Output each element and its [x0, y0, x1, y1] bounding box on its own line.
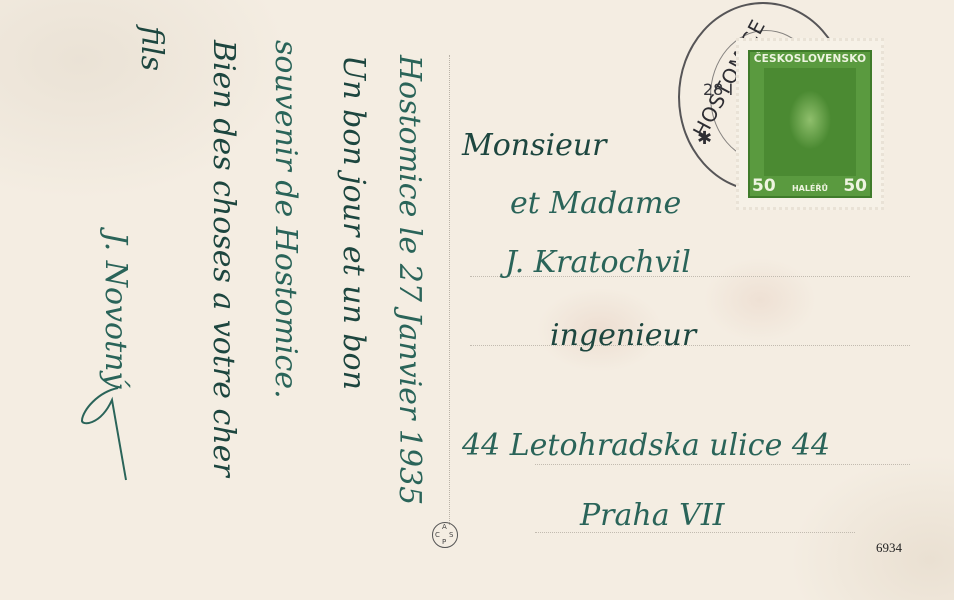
address-line-6: Praha VII — [580, 498, 725, 533]
address-rule-3 — [535, 464, 910, 465]
stamp-portrait-icon — [764, 68, 856, 176]
stamp-design: ČESKOSLOVENSKO 50 HALÉŘŮ 50 — [748, 50, 872, 198]
postcard: Hostomice le 27 Janvier 1935 Un bon jour… — [0, 0, 954, 600]
message-line-4: Bien des choses a votre cher — [208, 40, 238, 477]
postmark-date: 28 I — [703, 80, 733, 99]
address-line-1: Monsieur — [462, 128, 607, 163]
message-line-2: Un bon jour et un bon — [338, 55, 368, 390]
address-line-5: 44 Letohradska ulice 44 — [462, 428, 830, 463]
address-line-3: J. Kratochvil — [505, 245, 691, 280]
postmark-star-icon: ✱ — [697, 128, 712, 149]
center-divider — [449, 55, 450, 525]
message-line-5: fils — [136, 26, 166, 71]
message-line-1: Hostomice le 27 Janvier 1935 — [394, 55, 424, 505]
publisher-logo: A C S P — [432, 522, 458, 548]
message-line-3: souvenir de Hostomice. — [270, 40, 300, 399]
postage-stamp: ČESKOSLOVENSKO 50 HALÉŘŮ 50 — [736, 38, 884, 210]
address-line-2: et Madame — [510, 186, 681, 221]
stamp-country: ČESKOSLOVENSKO — [750, 53, 870, 65]
message-signature: J. Novotný — [100, 232, 130, 388]
serial-number: 6934 — [876, 540, 902, 556]
signature-flourish — [78, 380, 138, 490]
stamp-value-right: 50 — [843, 176, 867, 196]
address-line-4: ingenieur — [550, 318, 696, 353]
